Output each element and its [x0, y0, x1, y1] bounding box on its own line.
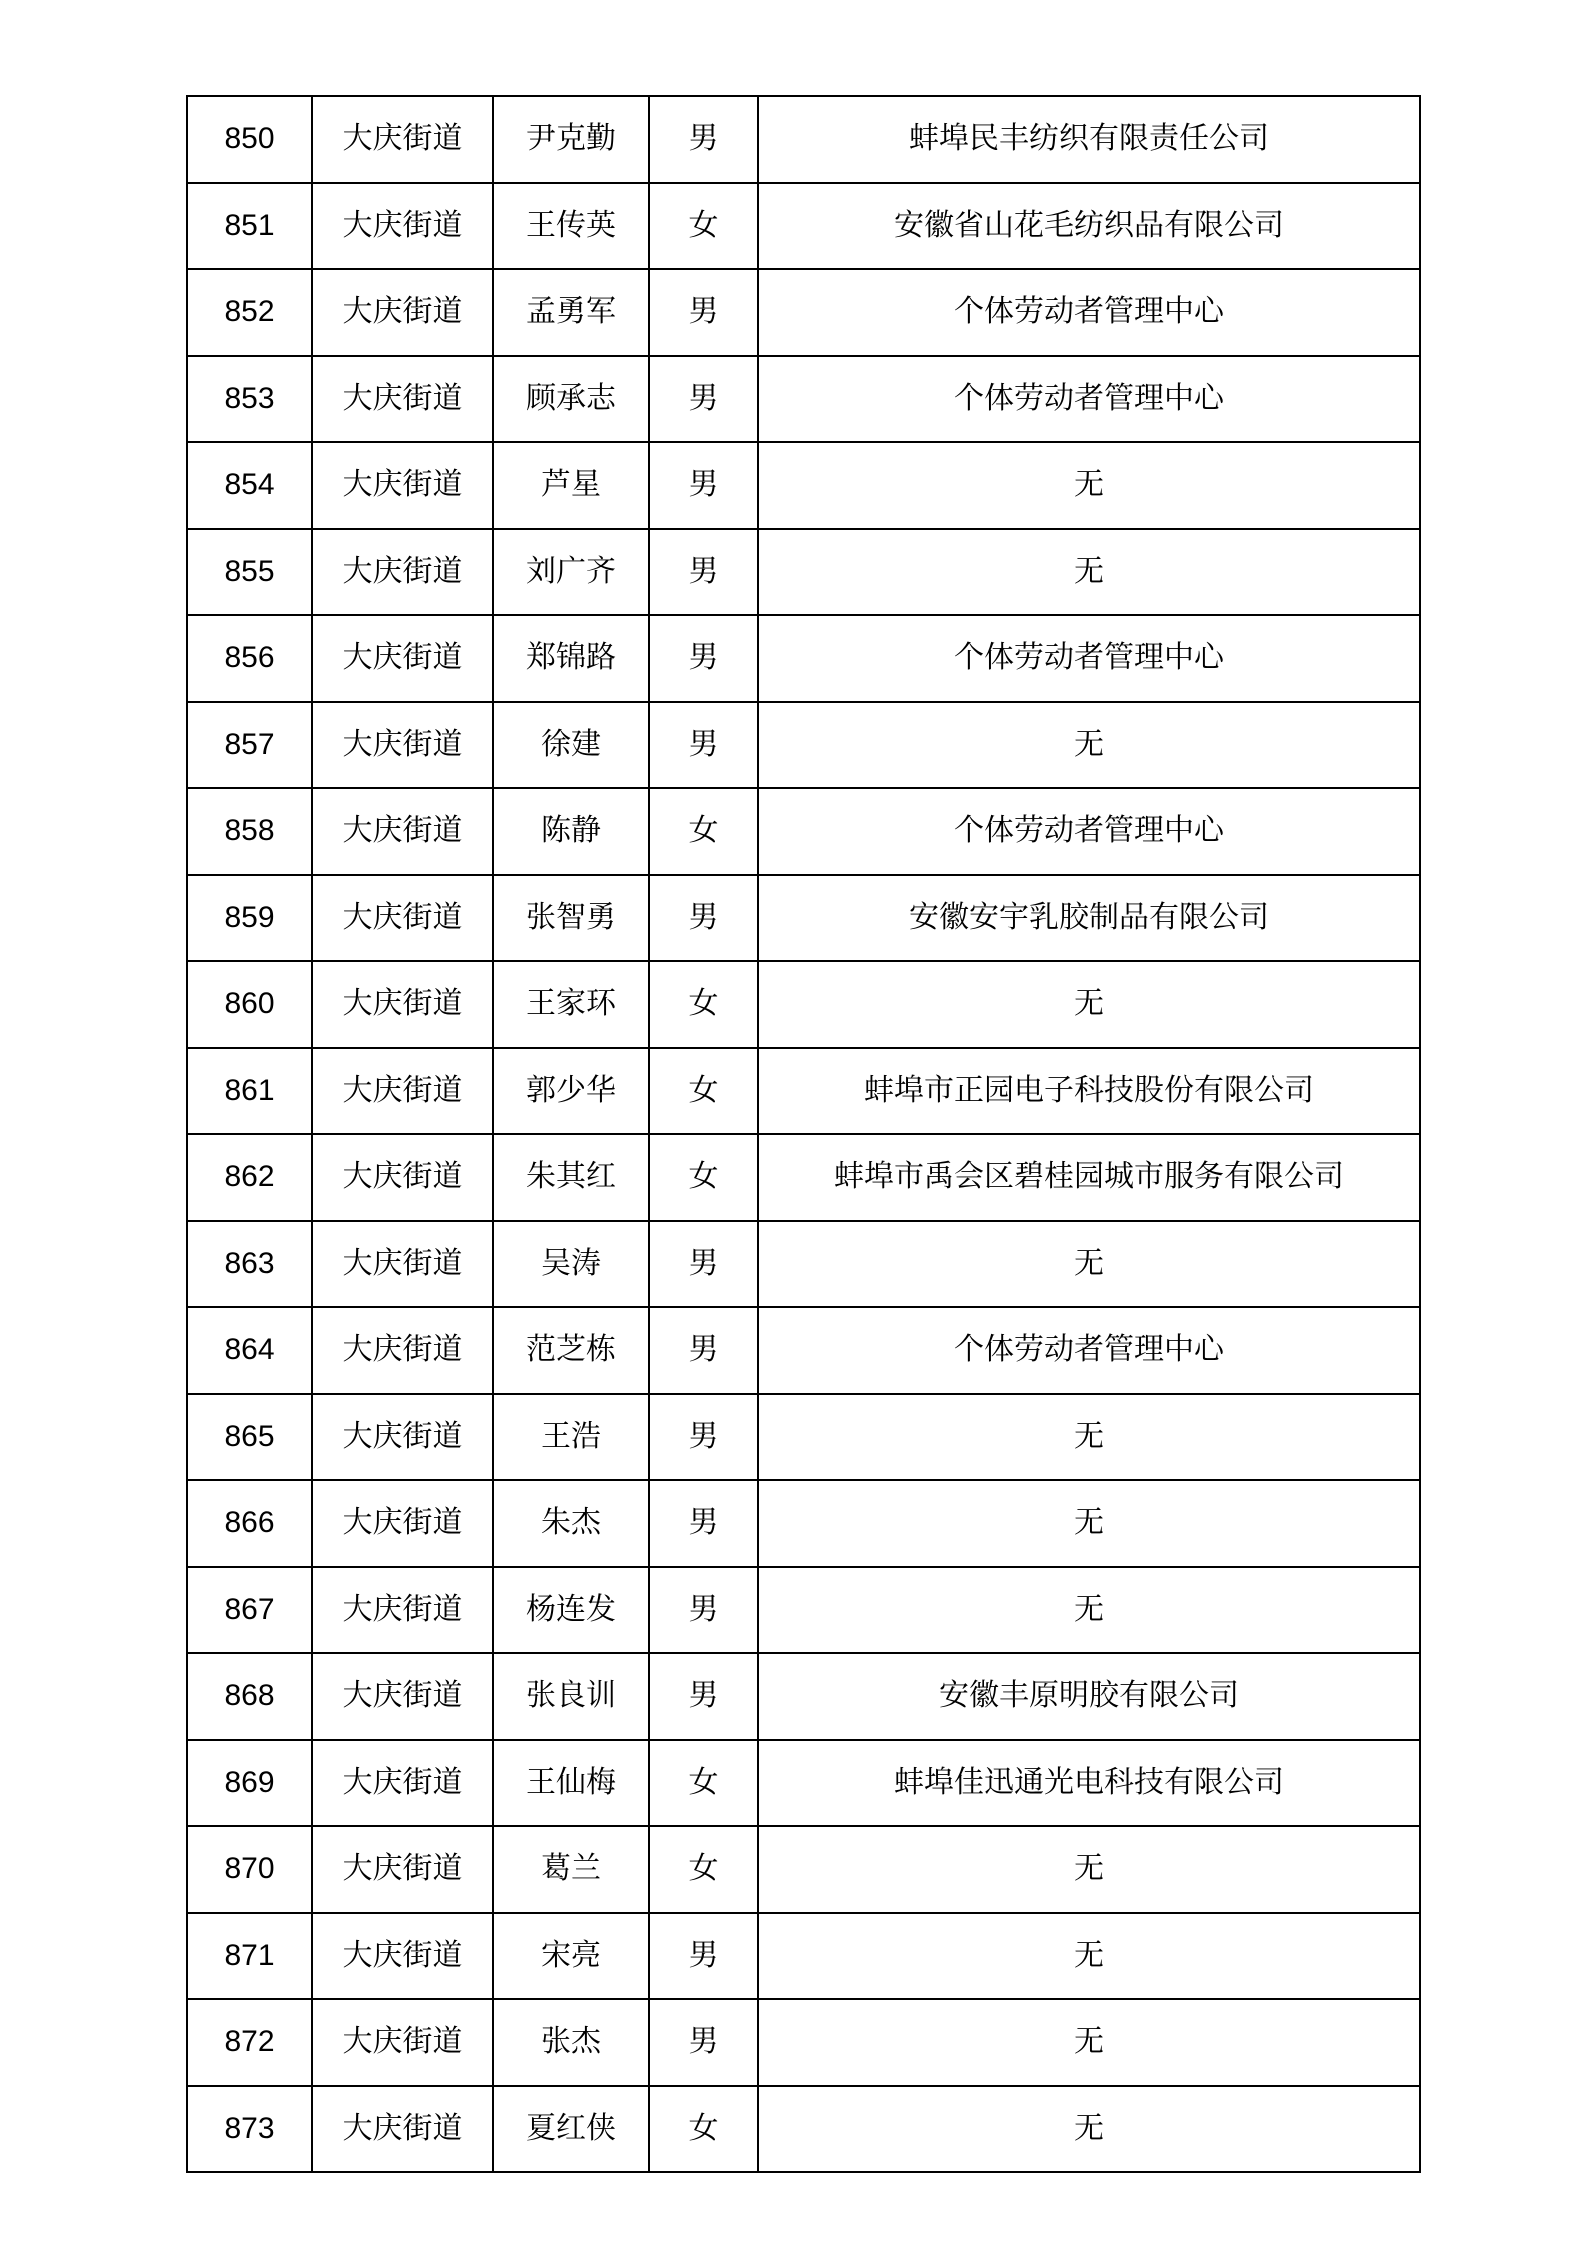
- cell-gender: 男: [649, 875, 758, 962]
- cell-gender: 男: [649, 1913, 758, 2000]
- cell-employer: 无: [758, 1567, 1420, 1654]
- cell-street: 大庆街道: [312, 442, 493, 529]
- cell-gender: 女: [649, 1048, 758, 1135]
- cell-number: 859: [187, 875, 312, 962]
- cell-employer: 无: [758, 1999, 1420, 2086]
- cell-street: 大庆街道: [312, 1999, 493, 2086]
- cell-name: 芦星: [493, 442, 649, 529]
- cell-number: 855: [187, 529, 312, 616]
- cell-employer: 无: [758, 442, 1420, 529]
- table-row: 851大庆街道王传英女安徽省山花毛纺织品有限公司: [187, 183, 1420, 270]
- table-row: 866大庆街道朱杰男无: [187, 1480, 1420, 1567]
- cell-number: 857: [187, 702, 312, 789]
- cell-name: 徐建: [493, 702, 649, 789]
- cell-gender: 男: [649, 1999, 758, 2086]
- cell-gender: 男: [649, 96, 758, 183]
- table-row: 857大庆街道徐建男无: [187, 702, 1420, 789]
- table-row: 856大庆街道郑锦路男个体劳动者管理中心: [187, 615, 1420, 702]
- cell-street: 大庆街道: [312, 615, 493, 702]
- cell-gender: 男: [649, 442, 758, 529]
- cell-gender: 男: [649, 356, 758, 443]
- cell-gender: 女: [649, 1134, 758, 1221]
- cell-number: 871: [187, 1913, 312, 2000]
- cell-employer: 个体劳动者管理中心: [758, 269, 1420, 356]
- cell-employer: 安徽丰原明胶有限公司: [758, 1653, 1420, 1740]
- cell-street: 大庆街道: [312, 529, 493, 616]
- cell-employer: 蚌埠市禹会区碧桂园城市服务有限公司: [758, 1134, 1420, 1221]
- table-row: 871大庆街道宋亮男无: [187, 1913, 1420, 2000]
- table-row: 855大庆街道刘广齐男无: [187, 529, 1420, 616]
- cell-number: 864: [187, 1307, 312, 1394]
- cell-employer: 个体劳动者管理中心: [758, 788, 1420, 875]
- cell-name: 郑锦路: [493, 615, 649, 702]
- cell-street: 大庆街道: [312, 788, 493, 875]
- cell-employer: 蚌埠民丰纺织有限责任公司: [758, 96, 1420, 183]
- cell-name: 杨连发: [493, 1567, 649, 1654]
- cell-street: 大庆街道: [312, 1653, 493, 1740]
- cell-name: 张杰: [493, 1999, 649, 2086]
- cell-name: 宋亮: [493, 1913, 649, 2000]
- table-row: 868大庆街道张良训男安徽丰原明胶有限公司: [187, 1653, 1420, 1740]
- cell-number: 852: [187, 269, 312, 356]
- cell-name: 王家环: [493, 961, 649, 1048]
- cell-number: 856: [187, 615, 312, 702]
- cell-name: 夏红侠: [493, 2086, 649, 2173]
- cell-employer: 无: [758, 1826, 1420, 1913]
- cell-street: 大庆街道: [312, 96, 493, 183]
- cell-gender: 男: [649, 1307, 758, 1394]
- cell-number: 860: [187, 961, 312, 1048]
- cell-name: 张智勇: [493, 875, 649, 962]
- cell-employer: 无: [758, 1913, 1420, 2000]
- cell-gender: 男: [649, 1567, 758, 1654]
- cell-employer: 无: [758, 1394, 1420, 1481]
- cell-gender: 男: [649, 1394, 758, 1481]
- cell-employer: 个体劳动者管理中心: [758, 615, 1420, 702]
- cell-employer: 无: [758, 2086, 1420, 2173]
- cell-street: 大庆街道: [312, 1394, 493, 1481]
- cell-gender: 女: [649, 1826, 758, 1913]
- table-row: 867大庆街道杨连发男无: [187, 1567, 1420, 1654]
- table-row: 859大庆街道张智勇男安徽安宇乳胶制品有限公司: [187, 875, 1420, 962]
- roster-table-body: 850大庆街道尹克勤男蚌埠民丰纺织有限责任公司851大庆街道王传英女安徽省山花毛…: [187, 96, 1420, 2172]
- cell-employer: 安徽省山花毛纺织品有限公司: [758, 183, 1420, 270]
- cell-street: 大庆街道: [312, 183, 493, 270]
- table-row: 873大庆街道夏红侠女无: [187, 2086, 1420, 2173]
- cell-street: 大庆街道: [312, 1307, 493, 1394]
- cell-gender: 男: [649, 702, 758, 789]
- cell-gender: 男: [649, 1221, 758, 1308]
- cell-name: 郭少华: [493, 1048, 649, 1135]
- cell-street: 大庆街道: [312, 1567, 493, 1654]
- cell-street: 大庆街道: [312, 1134, 493, 1221]
- cell-number: 863: [187, 1221, 312, 1308]
- cell-street: 大庆街道: [312, 1826, 493, 1913]
- table-row: 858大庆街道陈静女个体劳动者管理中心: [187, 788, 1420, 875]
- table-row: 863大庆街道吴涛男无: [187, 1221, 1420, 1308]
- cell-name: 王传英: [493, 183, 649, 270]
- table-row: 861大庆街道郭少华女蚌埠市正园电子科技股份有限公司: [187, 1048, 1420, 1135]
- cell-name: 尹克勤: [493, 96, 649, 183]
- table-row: 852大庆街道孟勇军男个体劳动者管理中心: [187, 269, 1420, 356]
- cell-employer: 个体劳动者管理中心: [758, 1307, 1420, 1394]
- table-row: 854大庆街道芦星男无: [187, 442, 1420, 529]
- cell-employer: 无: [758, 702, 1420, 789]
- cell-street: 大庆街道: [312, 1740, 493, 1827]
- cell-name: 顾承志: [493, 356, 649, 443]
- cell-name: 张良训: [493, 1653, 649, 1740]
- cell-street: 大庆街道: [312, 1048, 493, 1135]
- cell-number: 868: [187, 1653, 312, 1740]
- cell-number: 858: [187, 788, 312, 875]
- cell-employer: 安徽安宇乳胶制品有限公司: [758, 875, 1420, 962]
- cell-name: 范芝栋: [493, 1307, 649, 1394]
- cell-name: 陈静: [493, 788, 649, 875]
- cell-employer: 无: [758, 529, 1420, 616]
- cell-street: 大庆街道: [312, 1221, 493, 1308]
- cell-gender: 女: [649, 2086, 758, 2173]
- cell-name: 吴涛: [493, 1221, 649, 1308]
- table-row: 865大庆街道王浩男无: [187, 1394, 1420, 1481]
- cell-street: 大庆街道: [312, 269, 493, 356]
- cell-name: 王浩: [493, 1394, 649, 1481]
- cell-gender: 女: [649, 961, 758, 1048]
- cell-gender: 男: [649, 1653, 758, 1740]
- cell-gender: 女: [649, 788, 758, 875]
- table-row: 869大庆街道王仙梅女蚌埠佳迅通光电科技有限公司: [187, 1740, 1420, 1827]
- cell-gender: 女: [649, 1740, 758, 1827]
- cell-number: 867: [187, 1567, 312, 1654]
- cell-number: 866: [187, 1480, 312, 1567]
- table-row: 864大庆街道范芝栋男个体劳动者管理中心: [187, 1307, 1420, 1394]
- cell-number: 851: [187, 183, 312, 270]
- cell-employer: 无: [758, 961, 1420, 1048]
- cell-name: 王仙梅: [493, 1740, 649, 1827]
- cell-number: 865: [187, 1394, 312, 1481]
- cell-number: 869: [187, 1740, 312, 1827]
- cell-street: 大庆街道: [312, 875, 493, 962]
- cell-number: 862: [187, 1134, 312, 1221]
- cell-gender: 男: [649, 529, 758, 616]
- cell-gender: 男: [649, 615, 758, 702]
- table-row: 860大庆街道王家环女无: [187, 961, 1420, 1048]
- cell-street: 大庆街道: [312, 1480, 493, 1567]
- cell-gender: 男: [649, 269, 758, 356]
- cell-number: 870: [187, 1826, 312, 1913]
- table-row: 850大庆街道尹克勤男蚌埠民丰纺织有限责任公司: [187, 96, 1420, 183]
- cell-employer: 无: [758, 1221, 1420, 1308]
- table-row: 862大庆街道朱其红女蚌埠市禹会区碧桂园城市服务有限公司: [187, 1134, 1420, 1221]
- table-row: 872大庆街道张杰男无: [187, 1999, 1420, 2086]
- cell-gender: 女: [649, 183, 758, 270]
- cell-name: 孟勇军: [493, 269, 649, 356]
- cell-name: 朱杰: [493, 1480, 649, 1567]
- cell-street: 大庆街道: [312, 356, 493, 443]
- cell-number: 853: [187, 356, 312, 443]
- cell-employer: 蚌埠市正园电子科技股份有限公司: [758, 1048, 1420, 1135]
- cell-gender: 男: [649, 1480, 758, 1567]
- cell-street: 大庆街道: [312, 702, 493, 789]
- cell-number: 861: [187, 1048, 312, 1135]
- cell-employer: 个体劳动者管理中心: [758, 356, 1420, 443]
- cell-name: 刘广齐: [493, 529, 649, 616]
- cell-street: 大庆街道: [312, 2086, 493, 2173]
- table-row: 870大庆街道葛兰女无: [187, 1826, 1420, 1913]
- roster-table: 850大庆街道尹克勤男蚌埠民丰纺织有限责任公司851大庆街道王传英女安徽省山花毛…: [186, 95, 1421, 2173]
- cell-street: 大庆街道: [312, 1913, 493, 2000]
- cell-employer: 蚌埠佳迅通光电科技有限公司: [758, 1740, 1420, 1827]
- cell-name: 葛兰: [493, 1826, 649, 1913]
- cell-number: 854: [187, 442, 312, 529]
- cell-number: 873: [187, 2086, 312, 2173]
- cell-street: 大庆街道: [312, 961, 493, 1048]
- table-row: 853大庆街道顾承志男个体劳动者管理中心: [187, 356, 1420, 443]
- cell-employer: 无: [758, 1480, 1420, 1567]
- cell-name: 朱其红: [493, 1134, 649, 1221]
- cell-number: 850: [187, 96, 312, 183]
- cell-number: 872: [187, 1999, 312, 2086]
- document-page: 850大庆街道尹克勤男蚌埠民丰纺织有限责任公司851大庆街道王传英女安徽省山花毛…: [0, 0, 1587, 2245]
